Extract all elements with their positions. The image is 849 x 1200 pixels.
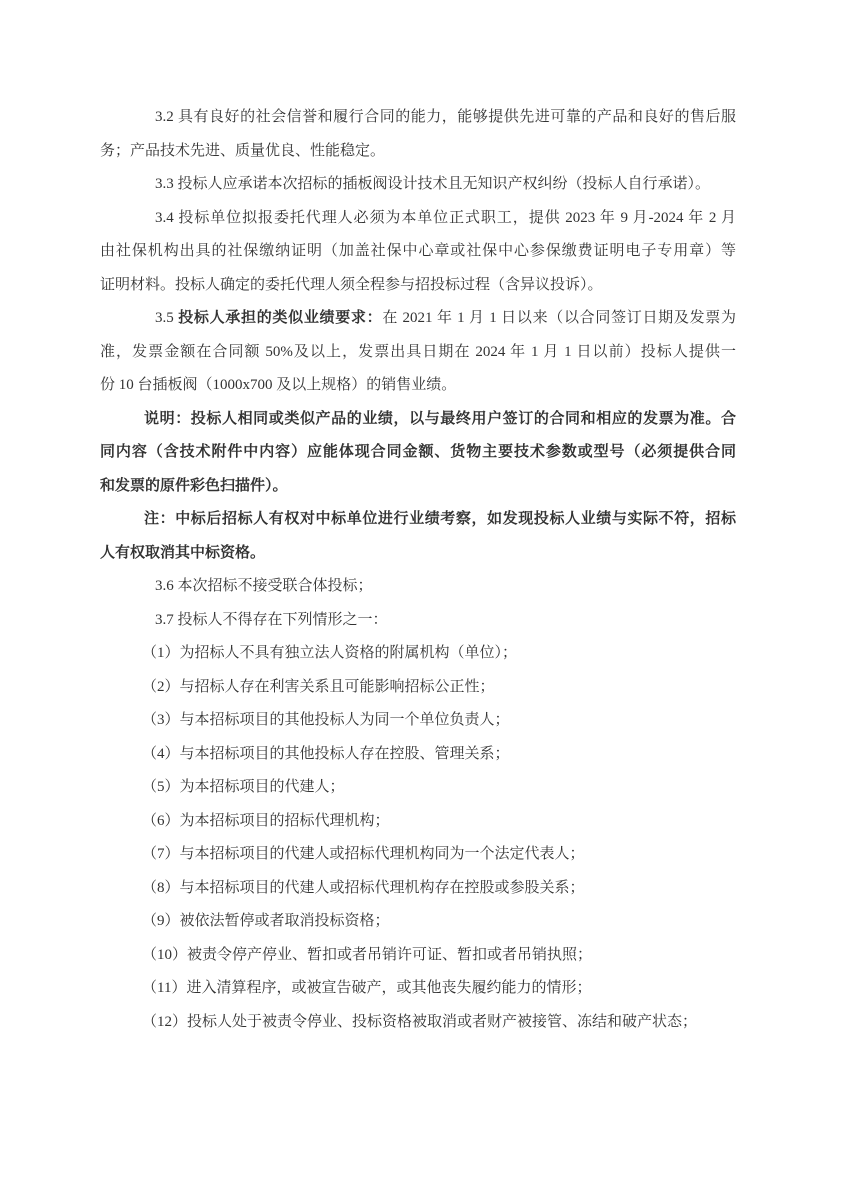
text-segment: 证明材料。投标人确定的委托代理人须全程参与招投标过程（含异议投诉）。 [100, 277, 603, 293]
text-line: 由社保机构出具的社保缴纳证明（加盖社保中心章或社保中心参保缴费证明电子专用章）等 [100, 235, 736, 269]
text-segment: （5）为本招标项目的代建人； [142, 779, 345, 795]
text-line: （6）为本招标项目的招标代理机构； [100, 805, 736, 839]
text-segment: （8）与本招标项目的代建人或招标代理机构存在控股或参股关系； [142, 880, 585, 896]
bold-text-segment: 人有权取消其中标资格。 [100, 545, 265, 561]
clause-3-5: 3.5 投标人承担的类似业绩要求：在 2021 年 1 月 1 日以来（以合同签… [100, 302, 736, 403]
item-6: （6）为本招标项目的招标代理机构； [100, 805, 736, 839]
text-segment: 务；产品技术先进、质量优良、性能稳定。 [100, 143, 385, 159]
text-segment: （1）为招标人不具有独立法人资格的附属机构（单位）； [142, 645, 517, 661]
text-segment: 3.2 具有良好的社会信誉和履行合同的能力，能够提供先进可靠的产品和良好的售后服 [155, 109, 736, 125]
clause-3-4: 3.4 投标单位拟报委托代理人必须为本单位正式职工，提供 2023 年 9 月-… [100, 202, 736, 303]
item-7: （7）与本招标项目的代建人或招标代理机构同为一个法定代表人； [100, 838, 736, 872]
text-segment: 3.7 投标人不得存在下列情形之一： [155, 612, 388, 628]
text-segment: （3）与本招标项目的其他投标人为同一个单位负责人； [142, 712, 510, 728]
text-line: （2）与招标人存在利害关系且可能影响招标公正性； [100, 671, 736, 705]
text-line: 和发票的原件彩色扫描件）。 [100, 470, 736, 504]
text-line: （3）与本招标项目的其他投标人为同一个单位负责人； [100, 704, 736, 738]
text-segment: 在 2021 年 1 月 1 日以来（以合同签订日期及发票为 [382, 310, 736, 326]
item-12: （12）投标人处于被责令停业、投标资格被取消或者财产被接管、冻结和破产状态； [100, 1006, 736, 1040]
text-segment: 3.5 [155, 310, 178, 326]
text-segment: （10）被责令停产停业、暂扣或者吊销许可证、暂扣或者吊销执照； [142, 947, 592, 963]
text-segment: （7）与本招标项目的代建人或招标代理机构同为一个法定代表人； [142, 846, 585, 862]
text-line: 证明材料。投标人确定的委托代理人须全程参与招投标过程（含异议投诉）。 [100, 269, 736, 303]
document-body: 3.2 具有良好的社会信誉和履行合同的能力，能够提供先进可靠的产品和良好的售后服… [100, 101, 736, 1039]
text-line: （10）被责令停产停业、暂扣或者吊销许可证、暂扣或者吊销执照； [100, 939, 736, 973]
text-line: 3.4 投标单位拟报委托代理人必须为本单位正式职工，提供 2023 年 9 月-… [100, 202, 736, 236]
clause-3-6: 3.6 本次招标不接受联合体投标； [100, 570, 736, 604]
document-page: 3.2 具有良好的社会信誉和履行合同的能力，能够提供先进可靠的产品和良好的售后服… [0, 0, 849, 1200]
text-line: 3.2 具有良好的社会信誉和履行合同的能力，能够提供先进可靠的产品和良好的售后服 [100, 101, 736, 135]
text-line: （1）为招标人不具有独立法人资格的附属机构（单位）； [100, 637, 736, 671]
text-segment: （2）与招标人存在利害关系且可能影响招标公正性； [142, 679, 495, 695]
text-line: 注：中标后招标人有权对中标单位进行业绩考察，如发现投标人业绩与实际不符，招标 [100, 503, 736, 537]
bold-text-segment: 和发票的原件彩色扫描件）。 [100, 478, 288, 494]
text-line: 3.5 投标人承担的类似业绩要求：在 2021 年 1 月 1 日以来（以合同签… [100, 302, 736, 336]
text-line: 同内容（含技术附件中内容）应能体现合同金额、货物主要技术参数或型号（必须提供合同 [100, 436, 736, 470]
text-segment: 由社保机构出具的社保缴纳证明（加盖社保中心章或社保中心参保缴费证明电子专用章）等 [100, 243, 736, 259]
text-line: 准，发票金额在合同额 50%及以上，发票出具日期在 2024 年 1 月 1 日… [100, 336, 736, 370]
text-line: （11）进入清算程序，或被宣告破产，或其他丧失履约能力的情形； [100, 972, 736, 1006]
text-segment: 3.3 投标人应承诺本次招标的插板阀设计技术且无知识产权纠纷（投标人自行承诺）。 [155, 176, 710, 192]
item-10: （10）被责令停产停业、暂扣或者吊销许可证、暂扣或者吊销执照； [100, 939, 736, 973]
clause-3-7: 3.7 投标人不得存在下列情形之一： [100, 604, 736, 638]
text-line: 3.3 投标人应承诺本次招标的插板阀设计技术且无知识产权纠纷（投标人自行承诺）。 [100, 168, 736, 202]
bold-text-segment: 投标人承担的类似业绩要求： [178, 310, 382, 326]
text-line: 份 10 台插板阀（1000x700 及以上规格）的销售业绩。 [100, 369, 736, 403]
text-segment: 3.6 本次招标不接受联合体投标； [155, 578, 373, 594]
text-line: （8）与本招标项目的代建人或招标代理机构存在控股或参股关系； [100, 872, 736, 906]
text-segment: 准，发票金额在合同额 50%及以上，发票出具日期在 2024 年 1 月 1 日… [100, 344, 736, 360]
item-2: （2）与招标人存在利害关系且可能影响招标公正性； [100, 671, 736, 705]
bold-text-segment: 说明：投标人相同或类似产品的业绩，以与最终用户签订的合同和相应的发票为准。合 [144, 411, 736, 427]
text-segment: 3.4 投标单位拟报委托代理人必须为本单位正式职工，提供 2023 年 9 月-… [155, 210, 736, 226]
text-line: （4）与本招标项目的其他投标人存在控股、管理关系； [100, 738, 736, 772]
text-segment: （11）进入清算程序，或被宣告破产，或其他丧失履约能力的情形； [142, 980, 591, 996]
item-9: （9）被依法暂停或者取消投标资格； [100, 905, 736, 939]
clause-3-2: 3.2 具有良好的社会信誉和履行合同的能力，能够提供先进可靠的产品和良好的售后服… [100, 101, 736, 168]
item-5: （5）为本招标项目的代建人； [100, 771, 736, 805]
text-line: 说明：投标人相同或类似产品的业绩，以与最终用户签订的合同和相应的发票为准。合 [100, 403, 736, 437]
text-line: 务；产品技术先进、质量优良、性能稳定。 [100, 135, 736, 169]
note-remark: 注：中标后招标人有权对中标单位进行业绩考察，如发现投标人业绩与实际不符，招标人有… [100, 503, 736, 570]
item-4: （4）与本招标项目的其他投标人存在控股、管理关系； [100, 738, 736, 772]
bold-text-segment: 同内容（含技术附件中内容）应能体现合同金额、货物主要技术参数或型号（必须提供合同 [100, 444, 736, 460]
text-segment: （9）被依法暂停或者取消投标资格； [142, 913, 390, 929]
note-explanation: 说明：投标人相同或类似产品的业绩，以与最终用户签订的合同和相应的发票为准。合同内… [100, 403, 736, 504]
text-line: （5）为本招标项目的代建人； [100, 771, 736, 805]
item-11: （11）进入清算程序，或被宣告破产，或其他丧失履约能力的情形； [100, 972, 736, 1006]
text-segment: （4）与本招标项目的其他投标人存在控股、管理关系； [142, 746, 510, 762]
text-line: （9）被依法暂停或者取消投标资格； [100, 905, 736, 939]
text-line: （7）与本招标项目的代建人或招标代理机构同为一个法定代表人； [100, 838, 736, 872]
text-line: 3.7 投标人不得存在下列情形之一： [100, 604, 736, 638]
text-line: （12）投标人处于被责令停业、投标资格被取消或者财产被接管、冻结和破产状态； [100, 1006, 736, 1040]
text-line: 3.6 本次招标不接受联合体投标； [100, 570, 736, 604]
item-1: （1）为招标人不具有独立法人资格的附属机构（单位）； [100, 637, 736, 671]
text-segment: 份 10 台插板阀（1000x700 及以上规格）的销售业绩。 [100, 377, 456, 393]
item-8: （8）与本招标项目的代建人或招标代理机构存在控股或参股关系； [100, 872, 736, 906]
text-segment: （6）为本招标项目的招标代理机构； [142, 813, 390, 829]
bold-text-segment: 注：中标后招标人有权对中标单位进行业绩考察，如发现投标人业绩与实际不符，招标 [144, 511, 736, 527]
clause-3-3: 3.3 投标人应承诺本次招标的插板阀设计技术且无知识产权纠纷（投标人自行承诺）。 [100, 168, 736, 202]
text-segment: （12）投标人处于被责令停业、投标资格被取消或者财产被接管、冻结和破产状态； [142, 1014, 697, 1030]
text-line: 人有权取消其中标资格。 [100, 537, 736, 571]
item-3: （3）与本招标项目的其他投标人为同一个单位负责人； [100, 704, 736, 738]
